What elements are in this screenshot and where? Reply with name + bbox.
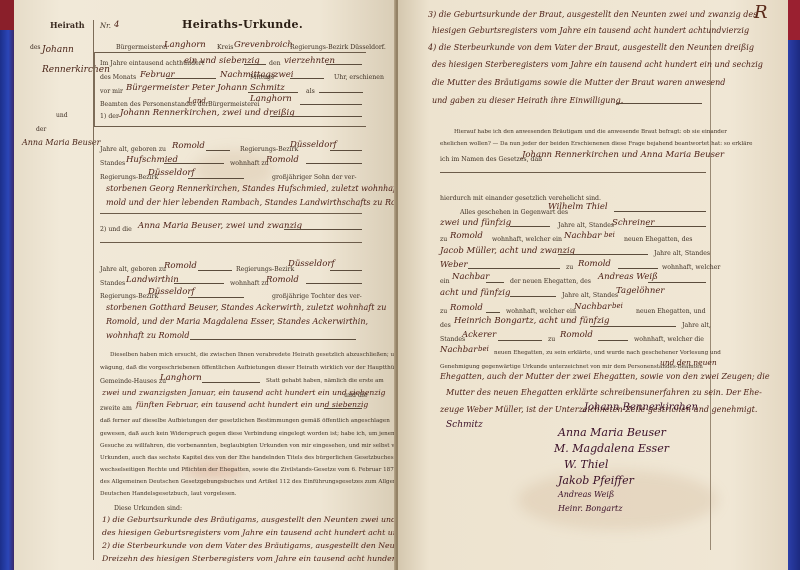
fill-line	[300, 104, 362, 105]
witness1-residence: Romold	[450, 231, 483, 241]
bride-regbez-label: Regierungs-Bezirk	[236, 266, 294, 273]
groom-residence: Romold	[266, 155, 299, 165]
body-gemeinde-label: Gemeinde-Hauses zu	[100, 378, 166, 385]
witness4-bei: bei	[478, 345, 489, 353]
section-rule	[100, 242, 362, 243]
witness2-name-age: Jacob Müller, acht und zwanzig	[440, 246, 575, 256]
fill-line	[614, 211, 706, 212]
bride-parents-line2: Romold, und der Maria Magdalena Esser, S…	[106, 317, 368, 326]
fill-line	[284, 229, 362, 230]
fill-line	[319, 92, 363, 93]
bride-stand-label: Standes	[100, 280, 125, 287]
groom-son-label: großjähriger Sohn der ver-	[272, 174, 357, 181]
witness2-relation: Nachbar	[452, 272, 489, 282]
intro-als: als	[306, 88, 315, 95]
witness-zu: zu	[548, 336, 555, 343]
fill-line	[306, 283, 362, 284]
witness3-occupation: Tagelöhner	[616, 286, 664, 296]
document-line: und gaben zu dieser Heirath ihre Einwill…	[432, 96, 623, 105]
groom-birthplace: Romold	[172, 141, 205, 151]
body-line: Urkunden, auch das sechste Kapitel des v…	[100, 455, 419, 461]
groom-parents-line2: mold und der hier lebenden Rambach, Stan…	[106, 198, 416, 207]
first-publication-date: zwei und zwanzigsten Januar, ein tausend…	[102, 388, 386, 397]
fill-line	[618, 268, 658, 269]
regierungsbezirk-label: Regierungs-Bezirk Düsseldorf.	[290, 44, 386, 51]
body-line: gewesen, daß auch kein Widerspruch gegen…	[100, 431, 396, 437]
fill-line	[498, 340, 542, 341]
body-line: Deutschen Handelsgesetzbuch, laut vorgel…	[100, 491, 237, 497]
fill-line	[188, 297, 244, 298]
header-rule	[94, 52, 366, 53]
fill-line	[202, 382, 260, 383]
witness-ehegatten: neuen Ehegatten, und	[636, 308, 706, 315]
bride-parents-line1: storbenen Gotthard Beuser, Standes Acker…	[106, 303, 386, 312]
witness3-stand-label: Jahre alt, Standes	[562, 292, 618, 299]
fill-line	[646, 226, 706, 227]
documents-label: Diese Urkunden sind:	[114, 505, 182, 512]
signature-groom: Johann Rennerkirchen	[584, 402, 698, 413]
fill-line	[290, 78, 324, 79]
witness1-relation: Nachbar	[564, 231, 601, 241]
closing-hand: Ehegatten, auch der Mutter der zwei Eheg…	[440, 372, 770, 381]
right-margin-rule	[710, 20, 711, 550]
right-page: R 3) die Geburtsurkunde der Braut, ausge…	[398, 0, 788, 570]
body-zweite-am: zweite am	[100, 405, 132, 412]
witness-wohnhaft: wohnhaft, welcher	[662, 264, 720, 271]
buergermeisterei-label: Bürgermeisterei	[116, 44, 168, 51]
intro-den: den	[269, 60, 281, 67]
couple-names: Johann Rennerkirchen und Anna Maria Beus…	[522, 150, 724, 160]
groom-parents-line1: storbenen Georg Rennerkirchen, Standes H…	[106, 184, 427, 193]
document-line: die Mutter des Bräutigams sowie die Mutt…	[432, 78, 725, 87]
witness1-name: Wilhelm Thiel	[548, 202, 608, 212]
book-cover-right	[788, 0, 800, 570]
witness-wohnhaft: wohnhaft, welcher die	[634, 336, 704, 343]
witness2-occupation: Weber	[440, 260, 468, 270]
section-rule	[100, 213, 362, 214]
fill-line	[248, 92, 298, 93]
book-cover-right-red	[788, 0, 800, 40]
witness3-bei: bei	[612, 302, 623, 310]
fill-line	[330, 150, 362, 151]
closing-line: neuen Ehegatten, zu sein erklärte, und w…	[494, 350, 721, 356]
question-line: Hierauf habe ich den anwesenden Bräutiga…	[454, 129, 727, 135]
document-line: 2) die Sterbeurkunde von dem Vater des B…	[102, 541, 412, 550]
document-line: 4) die Sterbeurkunde von dem Vater der B…	[428, 43, 754, 52]
certificate-number-label: Nr.	[100, 22, 111, 30]
bride-wohnhaft-label: wohnhaft zu	[230, 280, 269, 287]
intro-monat-label: des Monats	[100, 74, 136, 81]
fill-line	[326, 64, 362, 65]
document-line: des hiesigen Geburtsregisters vom Jahre …	[102, 528, 434, 537]
bride-daughter-label: großjährige Tochter des ver-	[272, 293, 362, 300]
question-line: ehelichen wollen? — Da nun jeder der bei…	[440, 141, 752, 147]
box-left-rule	[94, 52, 95, 126]
fill-line	[174, 283, 224, 284]
signature-witness3: Andreas Weiß	[558, 490, 614, 499]
fill-line	[244, 64, 266, 65]
witness-des: des	[440, 322, 451, 329]
bride-birthplace: Romold	[164, 261, 197, 271]
groom-regbez-value: Düsseldorf	[290, 140, 337, 150]
body-line: wägung, daß die vorgeschriebenen öffentl…	[100, 365, 412, 371]
intro-erschienen: Uhr, erschienen	[334, 74, 384, 81]
certificate-number: 4	[114, 20, 119, 30]
groom-regbez2-value: Düsseldorf	[148, 168, 195, 178]
fill-line	[648, 282, 706, 283]
fill-line	[324, 408, 362, 409]
left-page: Heirath des Johann Rennerkirchen und der…	[14, 0, 396, 570]
witness2-stand-label: Jahre alt, Standes	[654, 250, 710, 257]
margin-der-label: der	[36, 126, 46, 133]
fill-line	[510, 226, 550, 227]
bride-regbez2-value: Düsseldorf	[148, 287, 195, 297]
witness4-relation: Nachbar	[440, 345, 477, 355]
fill-line	[306, 163, 362, 164]
witness-ein: ein	[440, 278, 450, 285]
witness1-age: zwei und fünfzig	[440, 218, 511, 228]
witness4-name-age: Heinrich Bongartz, acht und fünfzig	[454, 316, 609, 326]
witness-ehegatten: neuen Ehegatten, des	[624, 236, 692, 243]
intro-land: Land	[188, 97, 206, 105]
book-cover-left-red	[0, 0, 14, 30]
united-statement: hierdurch mit einander gesetzlich verehe…	[440, 195, 601, 202]
fill-line	[486, 312, 500, 313]
box-bottom-rule	[94, 126, 366, 127]
witness-zu: zu	[440, 236, 447, 243]
margin-des-label: des	[30, 44, 40, 51]
section-rule	[440, 172, 706, 173]
fill-line	[558, 254, 648, 255]
witness-ehegatten: der neuen Ehegatten, des	[510, 278, 591, 285]
document-line: hiesigen Geburtsregisters vom Jahre ein …	[432, 26, 749, 35]
bride-age-label: Jahre alt, geboren zu	[100, 266, 166, 273]
buergermeisterei-value: Langhorn	[164, 40, 206, 50]
body-line: daß ferner auf dieselbe Aufbietungen der…	[100, 418, 390, 424]
fill-line	[206, 150, 230, 151]
book-cover-left	[0, 0, 14, 570]
body-line: Dieselben haben mich ersucht, die zwisch…	[110, 352, 419, 358]
intro-place: Langhorn	[250, 94, 292, 104]
margin-bride-name: Anna Maria Beuser	[22, 138, 100, 147]
document-line: des hiesigen Sterberegisters vom Jahre e…	[432, 60, 763, 69]
fill-line	[166, 78, 216, 79]
fill-line	[616, 103, 702, 104]
intro-mittags: Mittags	[250, 74, 274, 81]
bride-regbez-value: Düsseldorf	[288, 259, 335, 269]
body-statt-gehabt: Statt gehabt haben, nämlich die erste am	[266, 378, 384, 384]
document-line: 1) die Geburtsurkunde des Bräutigams, au…	[102, 515, 427, 524]
closing-hand: und den neuen	[660, 358, 717, 367]
document-line: 3) die Geburtsurkunde der Braut, ausgest…	[428, 10, 757, 19]
bride-parents-line3: wohnhaft zu Romold	[106, 331, 189, 340]
body-und-die: und die	[344, 392, 368, 399]
witness-wohnhaft: wohnhaft, welcher ein	[492, 236, 562, 243]
witness1-bei: bei	[604, 231, 615, 239]
witness2-residence: Romold	[578, 259, 611, 269]
witness4-occupation: Ackerer	[462, 330, 496, 340]
fill-line	[598, 340, 628, 341]
groom-wohnhaft-label: wohnhaft zu	[230, 160, 269, 167]
fill-line	[270, 116, 362, 117]
body-line: wechselseitigen Rechte und Pflichten der…	[100, 467, 405, 473]
bride-residence: Romold	[266, 275, 299, 285]
witness-zu: zu	[440, 308, 447, 315]
intro-der: 1) der	[100, 113, 119, 120]
witness-wohnhaft: wohnhaft, welcher ein	[506, 308, 576, 315]
bride-intro-label: 2) und die	[100, 226, 132, 233]
fill-line	[164, 163, 224, 164]
body-line: Gesuche zu willfahren, die vorbenannten,…	[100, 443, 422, 449]
margin-und-label: und	[56, 112, 68, 119]
witness-zu: zu	[566, 264, 573, 271]
witness1-stand-label: Jahre alt, Standes	[558, 222, 614, 229]
witness3-relation: Nachbar	[574, 302, 611, 312]
intro-vor-mir: vor mir	[100, 88, 123, 95]
witness3-age: acht und fünfzig	[440, 288, 510, 298]
fill-line	[188, 178, 244, 179]
body-line: des Allgemeinen Deutschen Gesetzgebungsb…	[100, 479, 414, 485]
signature-mother: M. Magdalena Esser	[554, 442, 669, 455]
publication-place: Langhorn	[160, 373, 202, 383]
document-title: Heiraths-Urkunde.	[182, 18, 303, 31]
closing-hand: Mutter des neuen Ehegatten erklärte schr…	[446, 388, 762, 397]
witness4-residence: Romold	[560, 330, 593, 340]
bride-occupation: Landwirthin	[126, 275, 179, 285]
kreis-value: Grevenbroich	[234, 40, 293, 50]
witness3-residence: Romold	[450, 303, 483, 313]
groom-age-label: Jahre alt, geboren zu	[100, 146, 166, 153]
fill-line	[198, 270, 232, 271]
signature-witness1: W. Thiel	[564, 458, 608, 471]
book-spread: Heirath des Johann Rennerkirchen und der…	[0, 0, 800, 570]
signature-bride: Anna Maria Beuser	[558, 426, 666, 439]
fill-line	[510, 296, 556, 297]
fill-line	[330, 270, 362, 271]
fill-line	[590, 326, 676, 327]
signature-official: Schmitz	[446, 420, 483, 430]
signature-witness2: Jakob Pfeiffer	[558, 474, 634, 487]
fill-line	[486, 282, 504, 283]
fill-line	[468, 268, 560, 269]
signature-witness4: Heinr. Bongartz	[558, 504, 622, 513]
witness3-name: Andreas Weiß	[598, 272, 658, 282]
margin-heading: Heirath	[50, 20, 85, 30]
groom-name-age: Johann Rennerkirchen, zwei und dreißig	[120, 108, 295, 118]
witness4-alt: Jahre alt,	[682, 322, 711, 329]
groom-stand-label: Standes	[100, 160, 125, 167]
fill-line	[190, 339, 356, 340]
kreis-label: Kreis	[217, 44, 233, 51]
bride-name-age: Anna Maria Beuser, zwei und zwanzig	[138, 221, 302, 231]
